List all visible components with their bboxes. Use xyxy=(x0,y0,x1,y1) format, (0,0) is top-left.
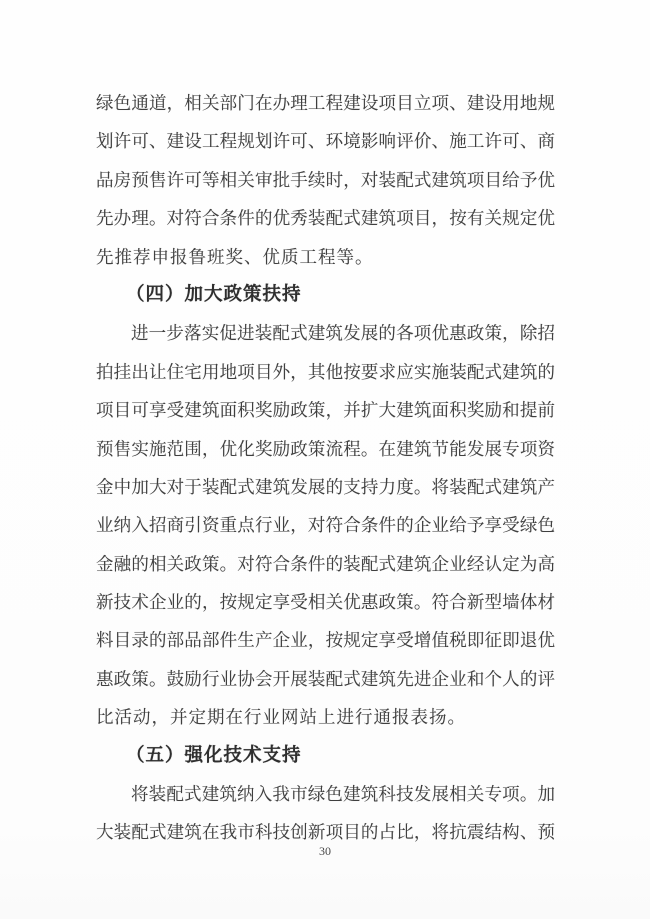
text-line: 业纳入招商引资重点行业，对符合条件的企业给予享受绿色 xyxy=(96,506,555,544)
text-line: 料目录的部品部件生产企业，按规定享受增值税即征即退优 xyxy=(96,621,555,659)
text-line: 将装配式建筑纳入我市绿色建筑科技发展相关专项。加 xyxy=(96,775,555,813)
text-line: 新技术企业的，按规定享受相关优惠政策。符合新型墙体材 xyxy=(96,583,555,621)
text-line: 品房预售许可等相关审批手续时，对装配式建筑项目给予优 xyxy=(96,161,555,199)
text-line: 先推荐申报鲁班奖、优质工程等。 xyxy=(96,238,555,276)
text-line: 预售实施范围，优化奖励政策流程。在建筑节能发展专项资 xyxy=(96,430,555,468)
text-line: 惠政策。鼓励行业协会开展装配式建筑先进企业和个人的评 xyxy=(96,660,555,698)
text-line: 拍挂出让住宅用地项目外，其他按要求应实施装配式建筑的 xyxy=(96,353,555,391)
text-line: 金融的相关政策。对符合条件的装配式建筑企业经认定为高 xyxy=(96,545,555,583)
document-page: 绿色通道，相关部门在办理工程建设项目立项、建设用地规 划许可、建设工程规划许可、… xyxy=(0,0,650,919)
text-line: 进一步落实促进装配式建筑发展的各项优惠政策，除招 xyxy=(96,314,555,352)
section-heading: （五）强化技术支持 xyxy=(96,737,555,775)
text-line: 先办理。对符合条件的优秀装配式建筑项目，按有关规定优 xyxy=(96,199,555,237)
text-line: 划许可、建设工程规划许可、环境影响评价、施工许可、商 xyxy=(96,122,555,160)
text-line: 金中加大对于装配式建筑发展的支持力度。将装配式建筑产 xyxy=(96,468,555,506)
page-number: 30 xyxy=(0,844,650,859)
text-line: 项目可享受建筑面积奖励政策，并扩大建筑面积奖励和提前 xyxy=(96,391,555,429)
section-heading: （四）加大政策扶持 xyxy=(96,276,555,314)
text-line: 比活动，并定期在行业网站上进行通报表扬。 xyxy=(96,698,555,736)
text-line: 绿色通道，相关部门在办理工程建设项目立项、建设用地规 xyxy=(96,84,555,122)
text-column: 绿色通道，相关部门在办理工程建设项目立项、建设用地规 划许可、建设工程规划许可、… xyxy=(96,84,555,852)
